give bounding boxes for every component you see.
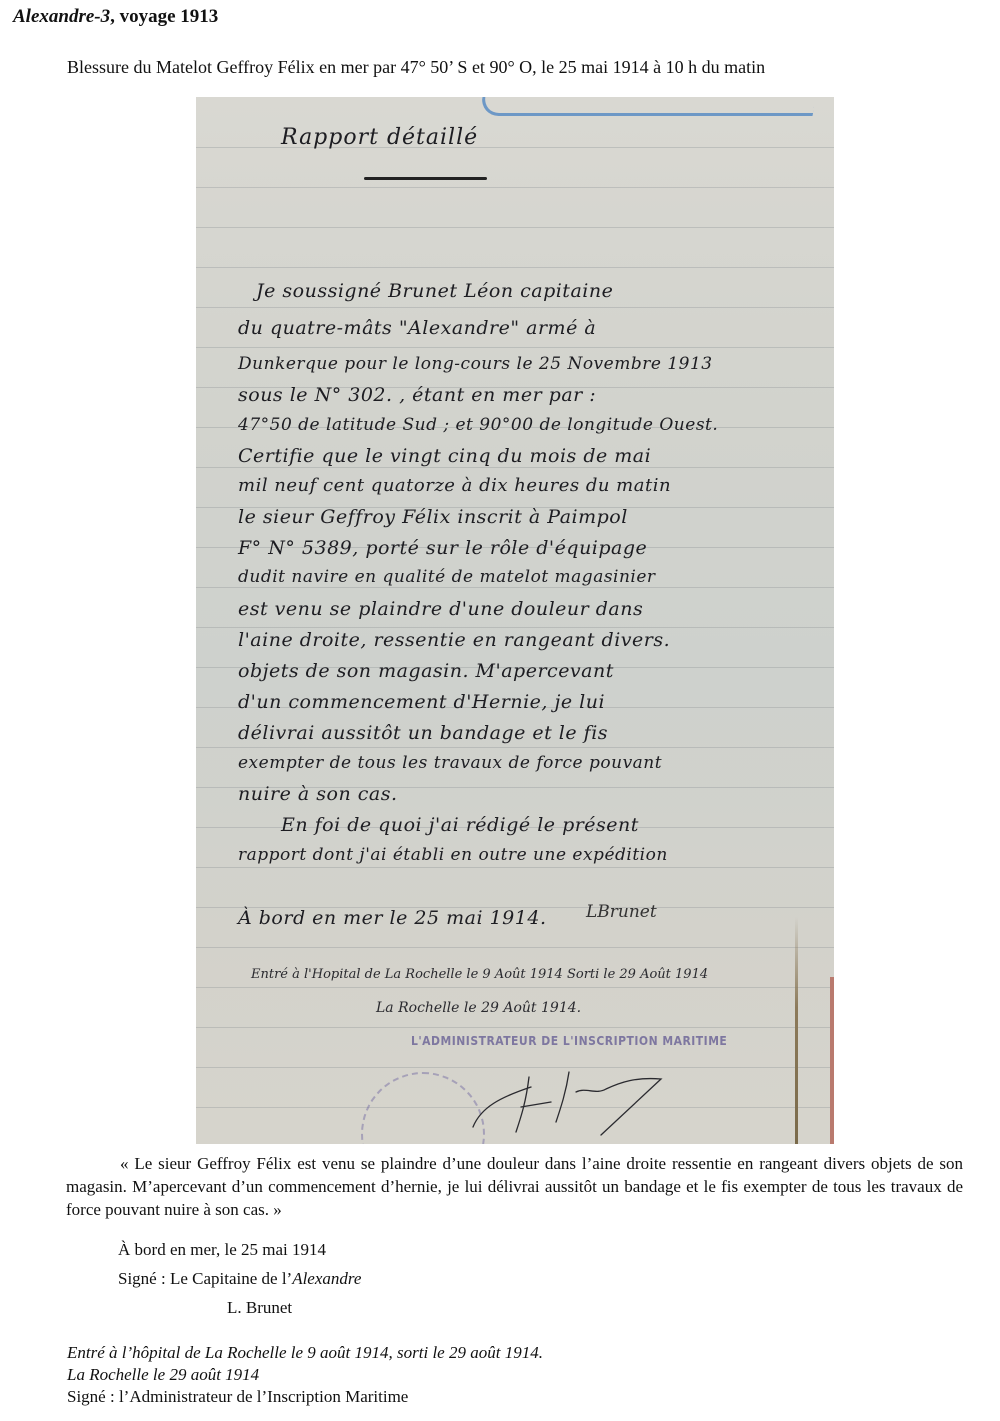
manuscript-photo: Rapport détaillé Je soussigné Brunet Léo… [196,97,834,1144]
transcription-signed: Signé : Le Capitaine de l’Alexandre [118,1269,361,1289]
hospital-line: Entré à l’hôpital de La Rochelle le 9 ao… [67,1343,543,1363]
hospital-signed-line: Signé : l’Administrateur de l’Inscriptio… [67,1387,408,1407]
manuscript-closing: À bord en mer le 25 mai 1914. [238,907,546,929]
captain-signature: LBrunet [586,902,657,922]
transcription-quote: « Le sieur Geffroy Félix est venu se pla… [66,1152,963,1221]
document-subtitle: Blessure du Matelot Geffroy Félix en mer… [67,57,765,78]
document-title: Alexandre-3, voyage 1913 [13,6,218,28]
heading-underline [364,177,487,180]
ruled-line [196,307,834,308]
manuscript-line: objets de son magasin. M'apercevant [238,660,614,682]
manuscript-line: d'un commencement d'Hernie, je lui [238,691,605,713]
manuscript-line: Dunkerque pour le long-cours le 25 Novem… [238,354,713,374]
manuscript-line: sous le N° 302. , étant en mer par : [238,384,596,406]
manuscript-line: l'aine droite, ressentie en rangeant div… [238,629,670,651]
voyage-label: , voyage 1913 [110,6,218,27]
manuscript-line: Certifie que le vingt cinq du mois de ma… [238,445,651,467]
ruled-line [196,987,834,988]
round-stamp [361,1072,485,1144]
manuscript-heading: Rapport détaillé [281,125,478,150]
ruled-line [196,747,834,748]
ruled-line [196,1027,834,1028]
ruled-line [196,227,834,228]
ship-name: Alexandre-3 [13,6,110,27]
manuscript-line: F° N° 5389, porté sur le rôle d'équipage [238,537,647,559]
transcription-place-date: À bord en mer, le 25 mai 1914 [118,1240,326,1260]
administrator-signature [471,1067,671,1137]
manuscript-line: délivrai aussitôt un bandage et le fis [238,722,608,744]
signed-prefix: Signé : Le Capitaine de l’ [118,1269,292,1288]
manuscript-line: rapport dont j'ai établi en outre une ex… [238,845,668,865]
ruled-line [196,947,834,948]
page-edge [795,917,798,1144]
ruled-line [196,347,834,348]
manuscript-line: du quatre-mâts "Alexandre" armé à [238,317,596,339]
ruled-line [196,187,834,188]
manuscript-line: Je soussigné Brunet Léon capitaine [256,280,613,302]
blue-pencil-mark [480,97,816,116]
administrator-stamp: L'ADMINISTRATEUR DE L'INSCRIPTION MARITI… [411,1034,727,1048]
ruled-line [196,467,834,468]
manuscript-line: mil neuf cent quatorze à dix heures du m… [238,475,671,496]
ruled-line [196,267,834,268]
page-edge-red [830,977,834,1144]
ruled-line [196,627,834,628]
hospital-note: Entré à l'Hopital de La Rochelle le 9 Ao… [251,967,708,982]
manuscript-line: est venu se plaindre d'une douleur dans [238,598,643,620]
manuscript-line: 47°50 de latitude Sud ; et 90°00 de long… [238,415,718,435]
ruled-line [196,587,834,588]
hospital-place-date: La Rochelle le 29 Août 1914. [376,1000,581,1016]
manuscript-line: le sieur Geffroy Félix inscrit à Paimpol [238,506,628,528]
manuscript-line: En foi de quoi j'ai rédigé le présent [281,814,639,836]
manuscript-line: nuire à son cas. [238,783,398,805]
hospital-place-date-line: La Rochelle le 29 août 1914 [67,1365,259,1385]
transcription-signer: L. Brunet [227,1298,292,1318]
manuscript-line: dudit navire en qualité de matelot magas… [238,567,656,587]
ruled-line [196,867,834,868]
manuscript-line: exempter de tous les travaux de force po… [238,753,662,773]
signed-ship: Alexandre [292,1269,361,1288]
